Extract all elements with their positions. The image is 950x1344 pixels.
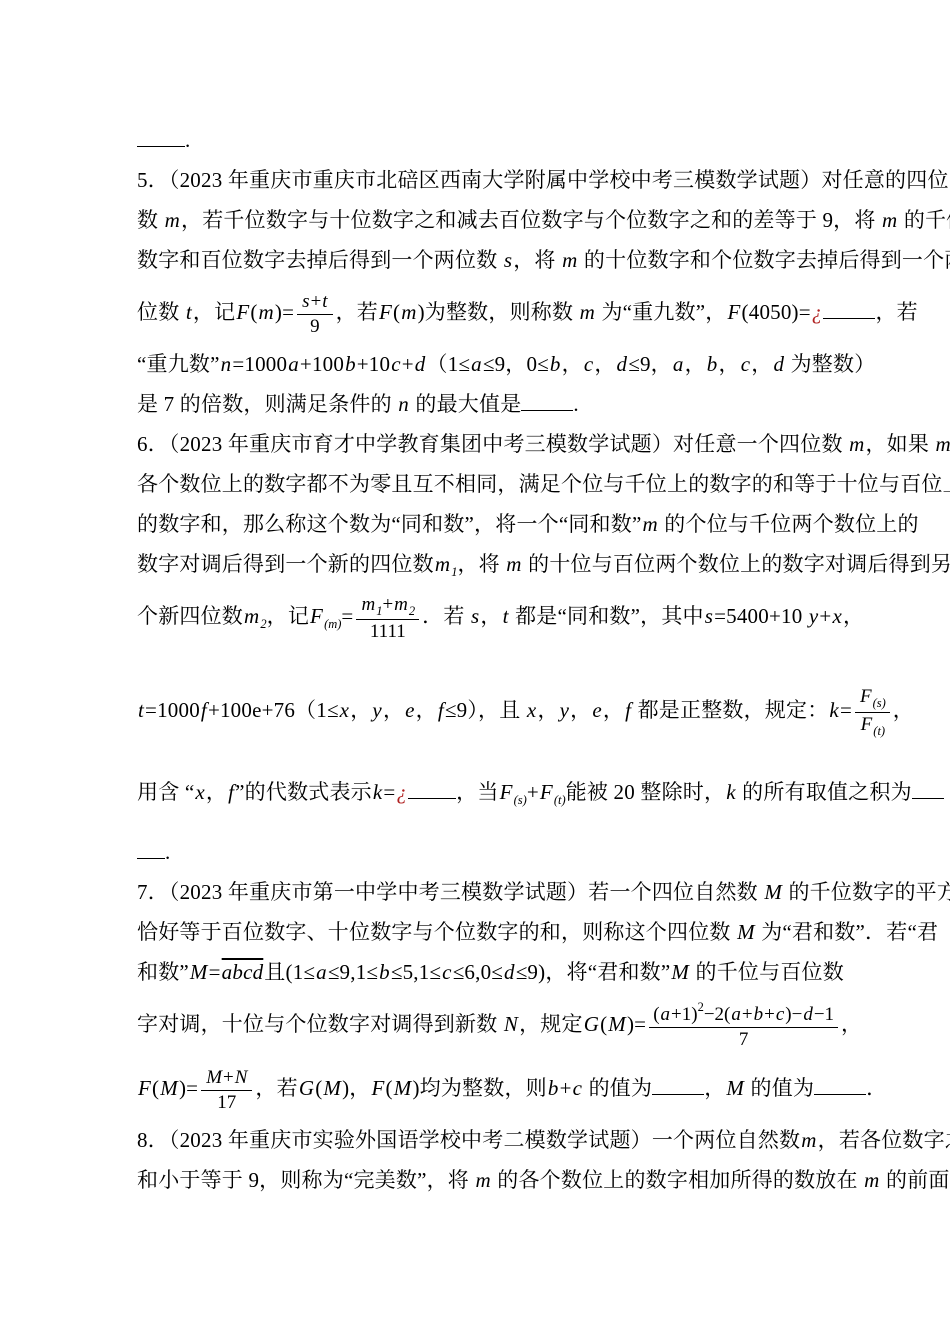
placeholder-mark: ¿: [811, 300, 824, 324]
math-variable: a: [672, 352, 685, 376]
math-variable: M: [763, 880, 783, 904]
text-run: ，: [594, 352, 615, 376]
math-variable: m: [393, 594, 409, 615]
math-variable: s: [704, 604, 714, 628]
text-run: 5．（2023 年重庆市重庆市北碚区西南大学附属中学校中考三模数学试题）对任意的…: [137, 168, 949, 192]
math-variable: k: [725, 780, 737, 804]
problem-6-line-7: 用含 “x，f”的代数式表示k=¿，当F(s)+F(t)能被 20 整除时，k …: [137, 772, 833, 812]
fraction-denominator: 7: [649, 1028, 838, 1052]
math-variable: m: [243, 604, 260, 628]
text-run: +: [311, 291, 322, 312]
text-run: ≤5,1≤: [391, 960, 441, 984]
text-run: 的值为: [745, 1076, 814, 1100]
text-run: (: [653, 1004, 659, 1025]
problem-5-line-3: 数字和百位数字去掉后得到一个两位数 s，将 m 的十位数字和个位数字去掉后得到一…: [137, 240, 833, 280]
text-run: )=: [627, 1012, 646, 1036]
text-run: ，如果: [865, 432, 934, 456]
answer-blank: [521, 406, 573, 411]
text-run: ≤9)，将“君和数”: [516, 960, 671, 984]
math-variable: F: [499, 780, 514, 804]
math-variable: c: [775, 1004, 785, 1025]
problem-6-line-4: 数字对调后得到一个新的四位数m1，将 m 的十位与百位两个数位上的数字对调后得到…: [137, 544, 833, 584]
text-run: 的千位: [898, 208, 950, 232]
text-run: ，: [751, 352, 772, 376]
text-run: ．: [866, 1076, 887, 1100]
text-run: ．若: [422, 604, 470, 628]
math-variable: N: [503, 1012, 519, 1036]
math-variable: b: [344, 352, 357, 376]
math-variable: m: [400, 300, 417, 324]
answer-blank: [652, 1090, 704, 1095]
text-run: )为整数，则称数: [418, 300, 579, 324]
text-run: 的十位数字和个位数字去掉后得到一个两: [578, 248, 950, 272]
answer-blank: [823, 314, 875, 319]
problem-6-line-1: 6．（2023 年重庆市育才中学教育集团中考三模数学试题）对任意一个四位数 m，…: [137, 424, 833, 464]
text-run: ，: [350, 698, 371, 722]
text-run: +: [819, 604, 831, 628]
math-variable: m: [164, 208, 181, 232]
text-run: +: [382, 594, 393, 615]
math-variable: x: [831, 604, 843, 628]
text-run: ，: [562, 352, 583, 376]
text-run: “重九数”: [137, 352, 220, 376]
text-run: =1000: [232, 352, 287, 376]
text-run: )均为整数，则: [412, 1076, 546, 1100]
math-variable: e: [591, 698, 603, 722]
text-run: 能被 20 整除时，: [566, 780, 726, 804]
text-run: ，若: [336, 300, 378, 324]
math-variable: b: [547, 1076, 560, 1100]
math-variable: c: [583, 352, 595, 376]
math-variable: s: [470, 604, 480, 628]
text-run: 字对调，十位与个位数字对调得到新数: [137, 1012, 503, 1036]
text-run: 位数: [137, 300, 185, 324]
math-variable: t: [137, 698, 145, 722]
math-variable: d: [414, 352, 427, 376]
math-variable: b: [753, 1004, 765, 1025]
fraction-numerator: s+t: [297, 290, 332, 315]
math-variable: t: [502, 604, 510, 628]
math-variable: F: [371, 1076, 386, 1100]
text-run: ，若各位数字之: [818, 1128, 950, 1152]
math-variable: y: [559, 698, 571, 722]
text-run: +: [223, 1067, 234, 1088]
math-variable: n: [397, 392, 410, 416]
text-run: +: [527, 780, 539, 804]
math-variable: d: [772, 352, 785, 376]
text-run: ，: [416, 698, 437, 722]
text-run: =: [840, 698, 852, 722]
answer-blank: [137, 854, 165, 859]
fraction-numerator: (a+1)2−2(a+b+c)−d−1: [649, 1000, 838, 1028]
text-run: 的个位与千位两个数位上的: [659, 512, 919, 536]
math-variable: b: [549, 352, 562, 376]
fraction: m1+m21111: [356, 593, 419, 644]
text-run: ，: [841, 1012, 862, 1036]
text-run: +: [742, 1004, 753, 1025]
text-run: 17: [217, 1092, 236, 1113]
text-run: ，: [537, 698, 558, 722]
text-run: 1111: [370, 621, 406, 642]
subscript: 2: [409, 604, 415, 618]
text-run: 为“君和数”．若“君: [756, 920, 938, 944]
text-run: 恰好等于百位数字、十位数字与个位数字的和，则称这个四位数: [137, 920, 736, 944]
math-variable: m: [258, 300, 275, 324]
text-run: .: [165, 840, 170, 864]
text-run: =5400+10: [714, 604, 808, 628]
text-run: ，若: [875, 300, 917, 324]
problem-7-line-2: 恰好等于百位数字、十位数字与个位数字的和，则称这个四位数 M 为“君和数”．若“…: [137, 912, 833, 952]
text-run: +100: [300, 352, 344, 376]
math-variable: y: [371, 698, 383, 722]
text-run: 用含 “: [137, 780, 194, 804]
text-run: 都是正整数，规定：: [632, 698, 828, 722]
text-run: ，: [719, 352, 740, 376]
text-run: 且(1≤: [264, 960, 315, 984]
placeholder-mark: ¿: [395, 780, 408, 804]
text-run: =: [209, 960, 221, 984]
text-run: （1≤: [427, 352, 471, 376]
math-variable: e: [404, 698, 416, 722]
text-run: (: [386, 1076, 393, 1100]
problem-5-line-6: 是 7 的倍数，则满足条件的 n 的最大值是.: [137, 384, 833, 424]
math-variable: M: [322, 1076, 342, 1100]
math-variable: k: [828, 698, 840, 722]
text-run: 的最大值是: [410, 392, 521, 416]
answer-blank: [814, 1090, 866, 1095]
math-variable: a: [315, 960, 328, 984]
text-run: 的十位与百位两个数位上的数字对调后得到另一: [523, 552, 950, 576]
text-run: ”的代数式表示: [235, 780, 372, 804]
fraction: F(s)F(t): [855, 685, 890, 739]
problem-7-line-3: 和数”M=abcd且(1≤a≤9,1≤b≤5,1≤c≤6,0≤d≤9)，将“君和…: [137, 952, 833, 992]
problem-6-line-6: t=1000f+100e+76（1≤x，y，e，f≤9），且 x，y，e，f 都…: [137, 678, 833, 742]
text-run: 的前面，: [881, 1168, 950, 1192]
fraction-denominator: 1111: [356, 620, 419, 644]
text-run: ，规定: [519, 1012, 583, 1036]
text-run: )=: [275, 300, 294, 324]
math-variable: f: [227, 780, 235, 804]
text-run: ，: [704, 1076, 725, 1100]
text-run: 数字和百位数字去掉后得到一个两位数: [137, 248, 503, 272]
text-run: +: [764, 1004, 775, 1025]
math-variable: f: [624, 698, 632, 722]
text-run: 的千位数字的平方: [783, 880, 950, 904]
problem-5-line-5: “重九数”n=1000a+100b+10c+d（1≤a≤9，0≤b，c，d≤9，…: [137, 344, 833, 384]
text-run: 和小于等于 9，则称为“完美数”，将: [137, 1168, 474, 1192]
math-variable: x: [526, 698, 538, 722]
math-variable: M: [607, 1012, 627, 1036]
text-run: 个新四位数: [137, 604, 243, 628]
text-run: 各个数位上的数字都不为零且互不相同，满足个位与千位上的数字的和等于十位与百位上: [137, 472, 950, 496]
math-variable: a: [730, 1004, 742, 1025]
math-variable: m: [561, 248, 578, 272]
text-run: ≤9，: [628, 352, 672, 376]
math-variable: x: [339, 698, 351, 722]
math-variable: n: [220, 352, 233, 376]
problem-8-line-1: 8．（2023 年重庆市实验外国语学校中考二模数学试题）一个两位自然数m，若各位…: [137, 1120, 833, 1160]
math-variable: F: [309, 604, 324, 628]
text-run: ，若: [255, 1076, 297, 1100]
text-run: .: [185, 128, 190, 152]
text-run: ，: [480, 604, 501, 628]
math-variable: m: [800, 1128, 817, 1152]
fraction: M+N17: [201, 1066, 252, 1115]
text-run: 和数”: [137, 960, 189, 984]
math-variable: d: [802, 1004, 814, 1025]
text-run: 都是“同和数”，其中: [510, 604, 704, 628]
text-run: +: [560, 1076, 572, 1100]
text-run: ，: [685, 352, 706, 376]
text-run: 为整数）: [785, 352, 875, 376]
math-variable: G: [298, 1076, 315, 1100]
text-run: =: [383, 780, 395, 804]
math-variable: t: [185, 300, 193, 324]
fraction: s+t9: [297, 290, 332, 339]
math-variable: F: [235, 300, 250, 324]
math-variable: c: [390, 352, 402, 376]
math-variable: f: [200, 698, 208, 722]
text-run: =1000: [145, 698, 200, 722]
text-run: 是 7 的倍数，则满足条件的: [137, 392, 397, 416]
worksheet-page: .5．（2023 年重庆市重庆市北碚区西南大学附属中学校中考三模数学试题）对任意…: [0, 0, 950, 1344]
text-run: 8．（2023 年重庆市实验外国语学校中考二模数学试题）一个两位自然数: [137, 1128, 800, 1152]
text-run: ，当: [456, 780, 498, 804]
text-run: −1: [814, 1004, 834, 1025]
math-variable: c: [740, 352, 752, 376]
problem-6-line-8: .: [137, 832, 833, 872]
fraction: (a+1)2−2(a+b+c)−d−17: [649, 1000, 838, 1052]
fraction-numerator: F(s): [855, 685, 890, 713]
math-variable: M: [393, 1076, 413, 1100]
math-variable: a: [660, 1004, 672, 1025]
text-run: ，: [206, 780, 227, 804]
math-variable: m: [474, 1168, 491, 1192]
math-variable: m: [935, 432, 950, 456]
math-variable: m: [360, 594, 376, 615]
subscript: (s): [873, 696, 886, 710]
text-run: 数: [137, 208, 164, 232]
text-run: 的千位与百位数: [690, 960, 844, 984]
problem-5-line-2: 数 m，若千位数字与十位数字之和减去百位数字与个位数字之和的差等于 9，将 m …: [137, 200, 833, 240]
math-variable: b: [706, 352, 719, 376]
math-variable: m: [579, 300, 596, 324]
math-variable: F: [860, 714, 874, 735]
text-run: (4050)=: [742, 300, 811, 324]
text-run: ，: [893, 698, 914, 722]
math-variable: m: [863, 1168, 880, 1192]
text-run: ，记: [193, 300, 235, 324]
text-run: ≤9，0≤: [483, 352, 549, 376]
math-variable: b: [378, 960, 391, 984]
math-variable: m: [848, 432, 865, 456]
problem-5-line-4: 位数 t，记F(m)=s+t9，若F(m)为整数，则称数 m 为“重九数”，F(…: [137, 280, 833, 344]
text-run: ，将: [457, 552, 505, 576]
text-run: 6．（2023 年重庆市育才中学教育集团中考三模数学试题）对任意一个四位数: [137, 432, 848, 456]
math-variable: f: [437, 698, 445, 722]
problem-8-line-2: 和小于等于 9，则称为“完美数”，将 m 的各个数位上的数字相加所得的数放在 m…: [137, 1160, 833, 1200]
problem-6-line-2: 各个数位上的数字都不为零且互不相同，满足个位与千位上的数字的和等于十位与百位上: [137, 464, 833, 504]
math-variable: k: [372, 780, 384, 804]
math-variable: c: [441, 960, 453, 984]
math-variable: M: [189, 960, 209, 984]
text-run: 9: [310, 316, 320, 337]
text-run: )，: [342, 1076, 370, 1100]
text-run: ≤6,0≤: [453, 960, 503, 984]
text-run: 7．（2023 年重庆市第一中学中考三模数学试题）若一个四位自然数: [137, 880, 763, 904]
text-run: +100e+76（1≤: [208, 698, 339, 722]
math-variable: F: [727, 300, 742, 324]
math-variable: M: [725, 1076, 745, 1100]
math-variable: M: [736, 920, 756, 944]
math-variable: t: [321, 291, 328, 312]
math-variable: d: [616, 352, 629, 376]
subscript: (t): [554, 793, 566, 807]
math-variable: F: [539, 780, 554, 804]
text-run: ，: [843, 604, 864, 628]
text-run: 数字对调后得到一个新的四位数: [137, 552, 434, 576]
math-variable: m: [434, 552, 451, 576]
problem-5-line-1: 5．（2023 年重庆市重庆市北碚区西南大学附属中学校中考三模数学试题）对任意的…: [137, 160, 833, 200]
text-run: ≤9,1≤: [328, 960, 378, 984]
problem-7-line-1: 7．（2023 年重庆市第一中学中考三模数学试题）若一个四位自然数 M 的千位数…: [137, 872, 833, 912]
math-variable: N: [234, 1067, 249, 1088]
math-variable: a: [470, 352, 483, 376]
text-run: +10: [357, 352, 390, 376]
document-content: .5．（2023 年重庆市重庆市北碚区西南大学附属中学校中考三模数学试题）对任意…: [137, 120, 833, 1200]
math-variable: M: [205, 1067, 223, 1088]
math-variable: m: [881, 208, 898, 232]
math-variable: s: [503, 248, 513, 272]
fraction-denominator: F(t): [855, 713, 890, 740]
text-run: .: [573, 392, 578, 416]
fraction-numerator: M+N: [201, 1066, 252, 1091]
subscript: (s): [514, 793, 527, 807]
text-run: ，: [383, 698, 404, 722]
answer-blank: [137, 142, 185, 147]
text-run: )=: [179, 1076, 198, 1100]
math-variable: M: [670, 960, 690, 984]
text-run: ，将: [513, 248, 561, 272]
math-variable: a: [287, 352, 300, 376]
subscript: (m): [324, 617, 341, 631]
math-variable: c: [572, 1076, 584, 1100]
text-run: ，: [603, 698, 624, 722]
fraction-denominator: 17: [201, 1091, 252, 1115]
answer-blank: [912, 794, 944, 799]
answer-blank: [408, 794, 456, 799]
text-run: (: [250, 300, 257, 324]
problem-7-line-5: F(M)=M+N17，若G(M)，F(M)均为整数，则b+c 的值为，M 的值为…: [137, 1056, 833, 1120]
text-run: ≤9），且: [445, 698, 526, 722]
text-run: 的各个数位上的数字相加所得的数放在: [492, 1168, 863, 1192]
math-variable: s: [301, 291, 310, 312]
text-run: 的所有取值之积为: [737, 780, 912, 804]
math-variable: m: [505, 552, 522, 576]
text-run: ，记: [267, 604, 309, 628]
math-variable: x: [194, 780, 206, 804]
math-variable: F: [137, 1076, 152, 1100]
problem-6-line-5: 个新四位数m2，记F(m)=m1+m21111．若 s，t 都是“同和数”，其中…: [137, 584, 833, 648]
text-run: ，若千位数字与十位数字之和减去百位数字与个位数字之和的差等于 9，将: [181, 208, 881, 232]
problem-7-line-4: 字对调，十位与个位数字对调得到新数 N，规定G(M)=(a+1)2−2(a+b+…: [137, 992, 833, 1056]
text-run: 7: [739, 1029, 749, 1050]
math-variable: G: [583, 1012, 600, 1036]
math-variable: M: [159, 1076, 179, 1100]
fraction-denominator: 9: [297, 315, 332, 339]
text-run: +1): [671, 1004, 698, 1025]
text-run: 为“重九数”，: [596, 300, 727, 324]
math-variable: d: [503, 960, 516, 984]
math-variable: F: [378, 300, 393, 324]
fraction-numerator: m1+m2: [356, 593, 419, 621]
text-run: 的值为: [583, 1076, 652, 1100]
overline-term: abcd: [221, 960, 265, 984]
math-variable: m: [641, 512, 658, 536]
text-run: )−: [785, 1004, 802, 1025]
answer-blank-line: .: [137, 120, 833, 160]
text-run: 的数字和，那么称这个数为“同和数”，将一个“同和数”: [137, 512, 641, 536]
math-variable: y: [808, 604, 820, 628]
subscript: (t): [873, 724, 885, 738]
text-run: ，: [570, 698, 591, 722]
text-run: +: [402, 352, 414, 376]
math-variable: F: [859, 686, 873, 707]
problem-6-line-3: 的数字和，那么称这个数为“同和数”，将一个“同和数”m 的个位与千位两个数位上的: [137, 504, 833, 544]
text-run: =: [341, 604, 353, 628]
text-run: −2(: [704, 1004, 731, 1025]
